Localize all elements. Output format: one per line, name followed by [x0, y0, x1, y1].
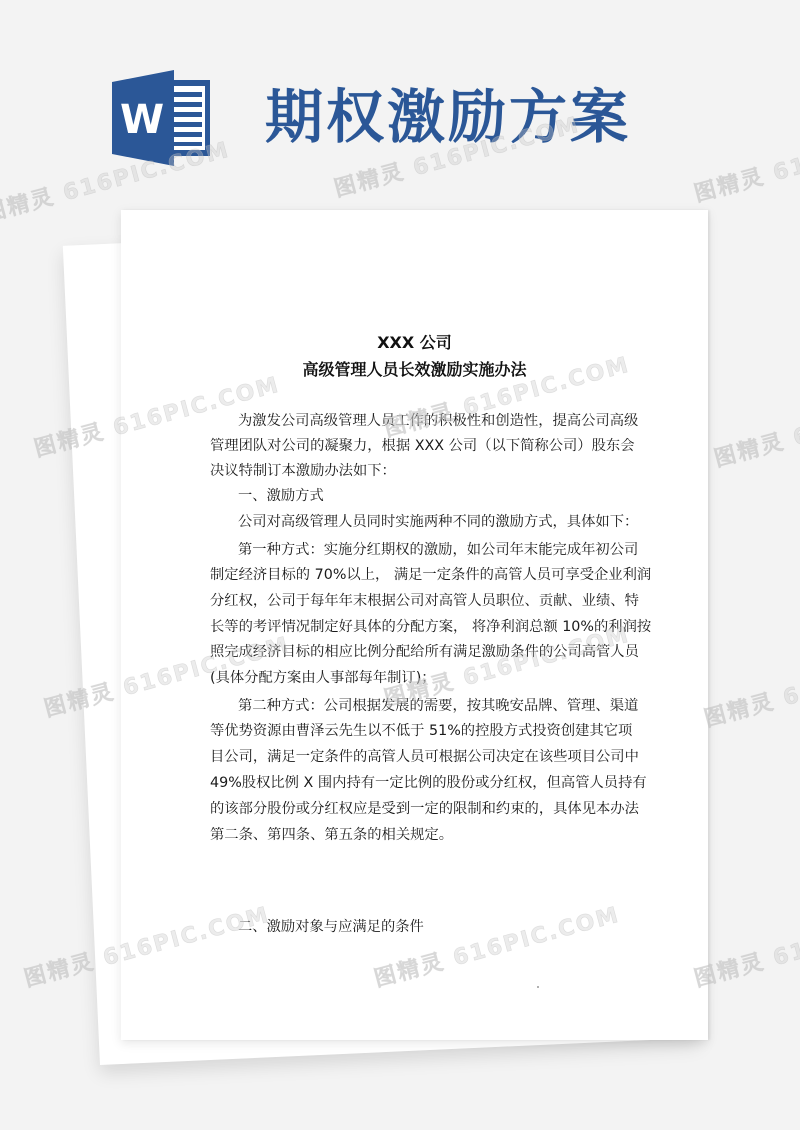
- paragraph-line: 照完成经济目标的相应比例分配给所有满足激励条件的公司高管人员: [210, 642, 639, 662]
- paragraph-line: (具体分配方案由人事部每年制订)；: [210, 668, 436, 688]
- svg-text:W: W: [120, 97, 164, 143]
- banner-title: 期权激励方案: [265, 82, 631, 152]
- paragraph-line: 第一种方式：实施分红期权的激励，如公司年末能完成年初公司: [238, 540, 638, 560]
- paragraph-line: 制定经济目标的 70%以上， 满足一定条件的高管人员可享受企业利润: [210, 565, 651, 585]
- paragraph-line: 49%股权比例 X 围内持有一定比例的股份或分红权，但高管人员持有: [210, 773, 647, 793]
- company-name: XXX 公司: [121, 330, 708, 353]
- paragraph-line: 长等的考评情况制定好具体的分配方案， 将净利润总额 10%的利润按: [210, 617, 651, 637]
- page-mark: [537, 986, 539, 988]
- paragraph-line: 分红权，公司于每年年末根据公司对高管人员职位、贡献、业绩、特: [210, 591, 639, 611]
- document-title: 高级管理人员长效激励实施办法: [121, 357, 708, 380]
- paragraph-line: 第二条、第四条、第五条的相关规定。: [210, 825, 453, 845]
- document-page: XXX 公司 高级管理人员长效激励实施办法 为激发公司高级管理人员工作的积极性和…: [121, 210, 708, 1040]
- paragraph-line: 决议特制订本激励办法如下：: [210, 461, 396, 481]
- paragraph-line: 第二种方式：公司根据发展的需要，按其晚安品牌、管理、渠道: [238, 696, 638, 716]
- watermark: 图精灵 616PIC.COM: [700, 638, 800, 733]
- word-icon: W: [112, 70, 214, 166]
- watermark: 图精灵 616PIC.COM: [710, 378, 800, 473]
- paragraph-line: 管理团队对公司的凝聚力，根据 XXX 公司（以下简称公司）股东会: [210, 436, 635, 456]
- paragraph-line: 的该部分股份或分红权应是受到一定的限制和约束的，具体见本办法: [210, 799, 639, 819]
- banner-header: W 期权激励方案: [0, 0, 800, 200]
- paragraph-line: 目公司，满足一定条件的高管人员可根据公司决定在该些项目公司中: [210, 747, 639, 767]
- section-heading-1: 一、激励方式: [238, 486, 324, 506]
- section-heading-2: 二、激励对象与应满足的条件: [238, 917, 424, 937]
- paragraph-line: 公司对高级管理人员同时实施两种不同的激励方式，具体如下：: [238, 512, 638, 532]
- paragraph-line: 为激发公司高级管理人员工作的积极性和创造性，提高公司高级: [238, 411, 638, 431]
- paragraph-line: 等优势资源由曹泽云先生以不低于 51%的控股方式投资创建其它项: [210, 721, 632, 741]
